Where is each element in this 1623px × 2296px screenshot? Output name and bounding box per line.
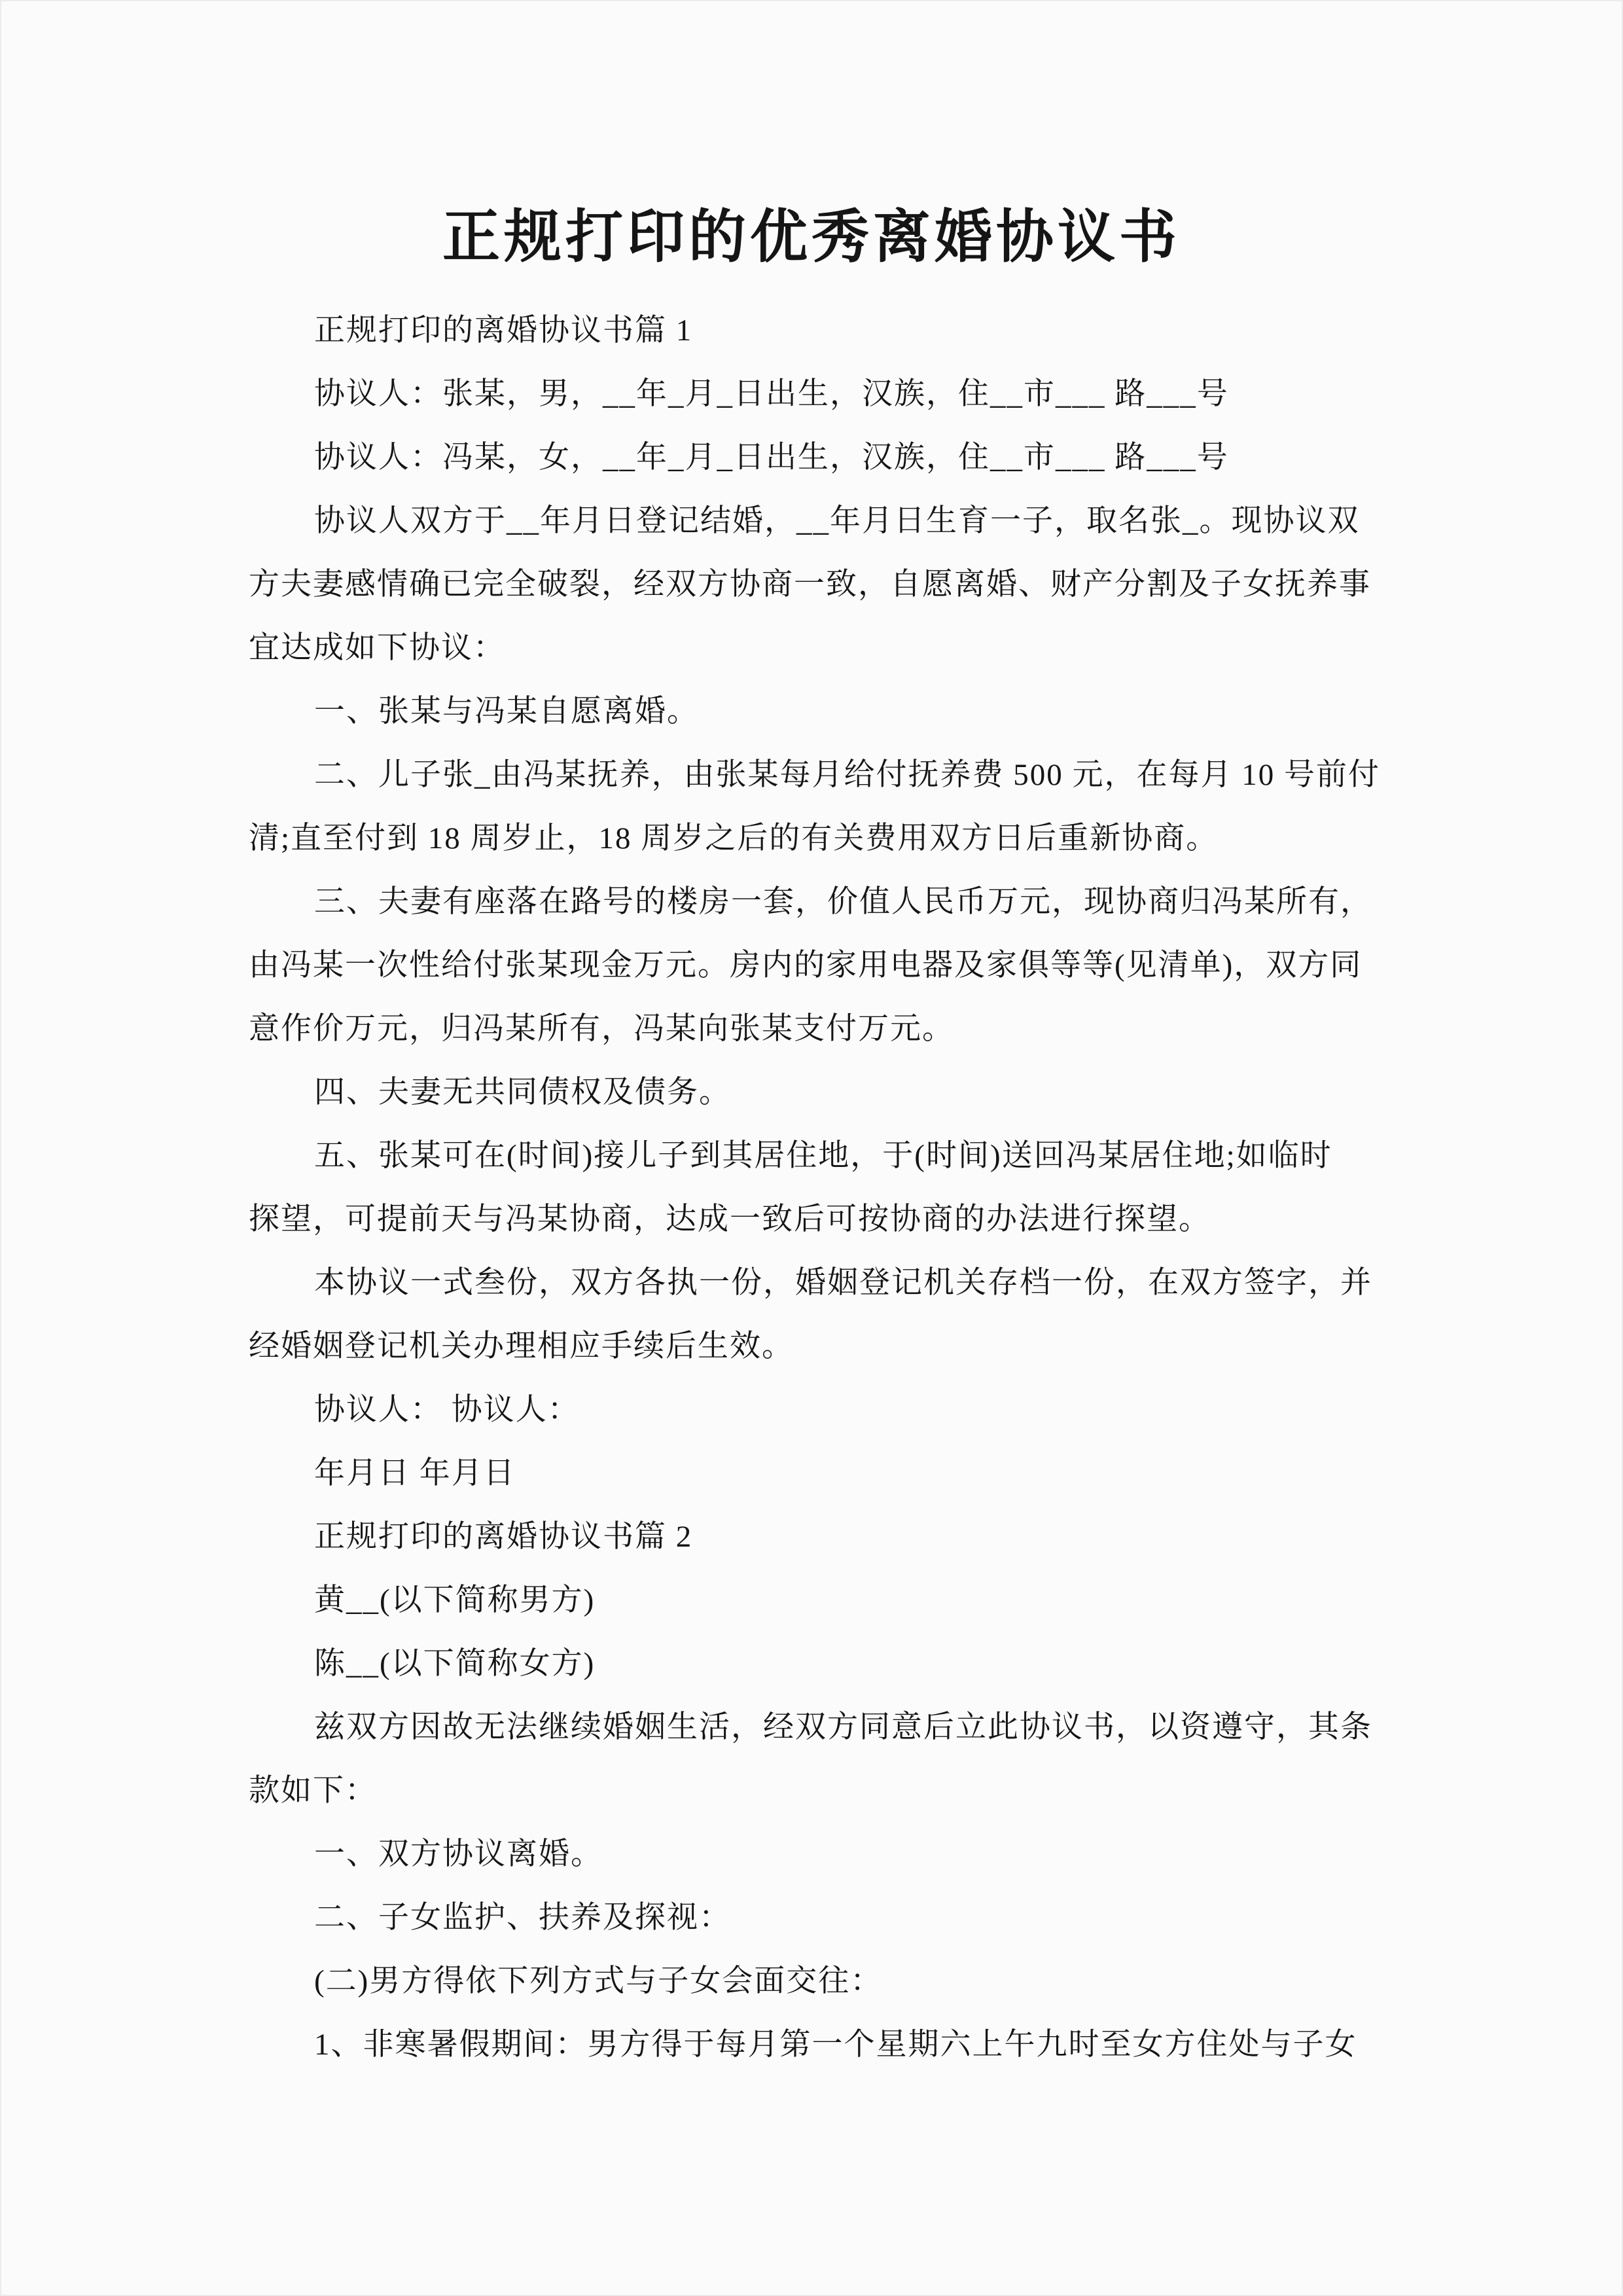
- text-line: 年月日 年月日: [249, 1442, 1391, 1505]
- text-line: 协议人双方于__年月日登记结婚，__年月日生育一子，取名张_。现协议双: [249, 490, 1391, 553]
- text-line: 兹双方因故无法继续婚姻生活，经双方同意后立此协议书，以资遵守，其条: [249, 1696, 1391, 1759]
- text-line: 方夫妻感情确已完全破裂，经双方协商一致，自愿离婚、财产分割及子女抚养事: [249, 553, 1391, 617]
- text-line: 本协议一式叁份，双方各执一份，婚姻登记机关存档一份，在双方签字，并: [249, 1251, 1391, 1315]
- text-line: 正规打印的离婚协议书篇 1: [249, 299, 1391, 363]
- text-line: 黄__(以下简称男方): [249, 1569, 1391, 1632]
- text-line: 宜达成如下协议：: [249, 617, 1391, 680]
- text-line: 一、双方协议离婚。: [249, 1823, 1391, 1886]
- text-line: 陈__(以下简称女方): [249, 1632, 1391, 1696]
- text-line: (二)男方得依下列方式与子女会面交往：: [249, 1950, 1391, 2013]
- text-line: 由冯某一次性给付张某现金万元。房内的家用电器及家俱等等(见清单)，双方同: [249, 934, 1391, 997]
- text-line: 协议人：冯某，女，__年_月_日出生，汉族，住__市___ 路___号: [249, 426, 1391, 490]
- text-line: 二、儿子张_由冯某抚养，由张某每月给付抚养费 500 元，在每月 10 号前付: [249, 744, 1391, 807]
- text-line: 探望，可提前天与冯某协商，达成一致后可按协商的办法进行探望。: [249, 1188, 1391, 1251]
- text-line: 一、张某与冯某自愿离婚。: [249, 680, 1391, 744]
- text-line: 经婚姻登记机关办理相应手续后生效。: [249, 1315, 1391, 1378]
- text-line: 三、夫妻有座落在路号的楼房一套，价值人民币万元，现协商归冯某所有，: [249, 870, 1391, 934]
- text-line: 正规打印的离婚协议书篇 2: [249, 1505, 1391, 1569]
- text-line: 1、非寒暑假期间：男方得于每月第一个星期六上午九时至女方住处与子女: [249, 2013, 1391, 2077]
- document-body: 正规打印的离婚协议书篇 1协议人：张某，男，__年_月_日出生，汉族，住__市_…: [249, 299, 1391, 2077]
- text-line: 五、张某可在(时间)接儿子到其居住地，于(时间)送回冯某居住地;如临时: [249, 1124, 1391, 1188]
- text-line: 意作价万元，归冯某所有，冯某向张某支付万元。: [249, 997, 1391, 1061]
- text-line: 清;直至付到 18 周岁止，18 周岁之后的有关费用双方日后重新协商。: [249, 807, 1391, 870]
- text-line: 款如下：: [249, 1759, 1391, 1823]
- text-line: 四、夫妻无共同债权及债务。: [249, 1061, 1391, 1124]
- text-line: 协议人：张某，男，__年_月_日出生，汉族，住__市___ 路___号: [249, 363, 1391, 426]
- document-page: 正规打印的优秀离婚协议书 正规打印的离婚协议书篇 1协议人：张某，男，__年_月…: [0, 0, 1623, 2296]
- text-line: 协议人： 协议人：: [249, 1378, 1391, 1442]
- page-title: 正规打印的优秀离婚协议书: [1, 209, 1622, 267]
- text-line: 二、子女监护、扶养及探视：: [249, 1886, 1391, 1950]
